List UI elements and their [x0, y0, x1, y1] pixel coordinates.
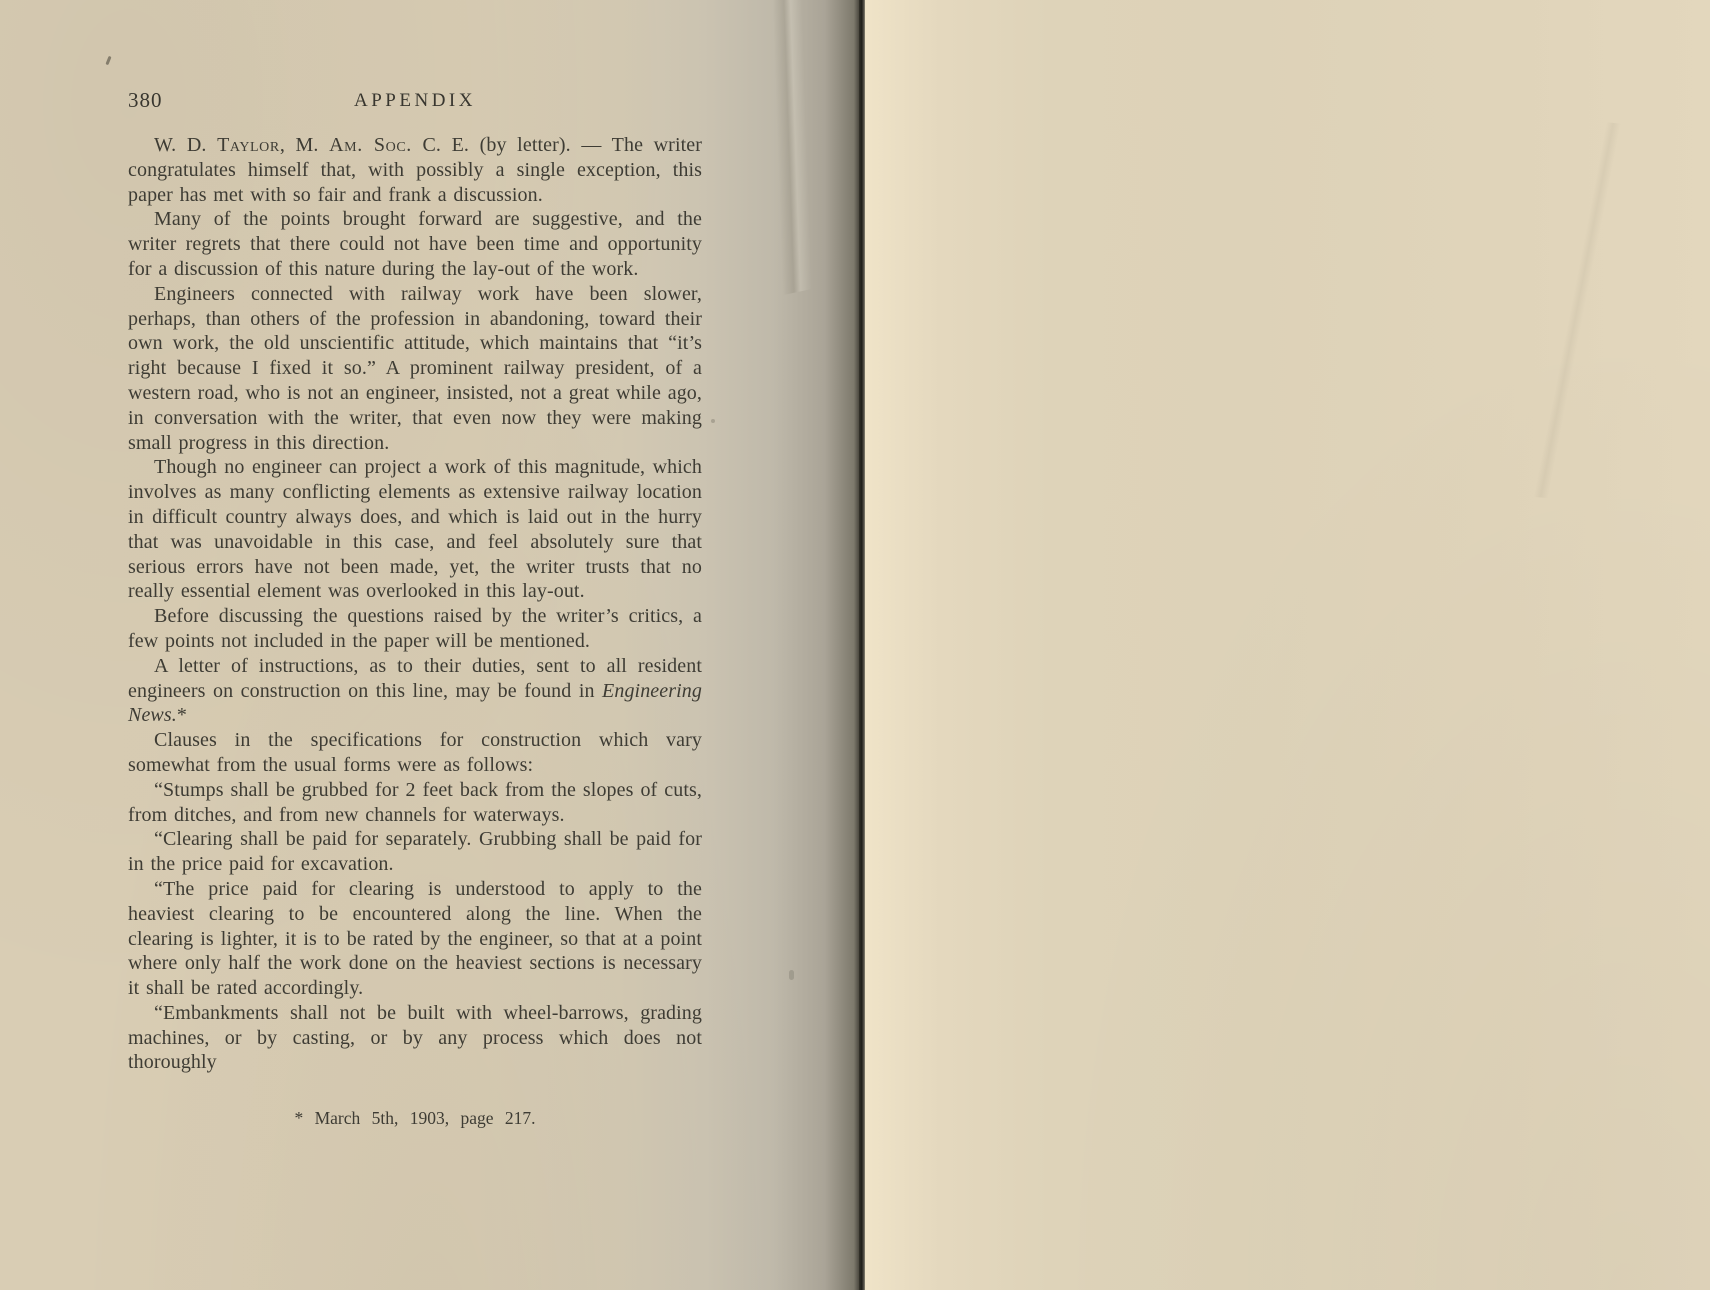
- page-number-left: 380: [128, 88, 163, 113]
- paper-speck: [711, 419, 715, 423]
- text-segment: “Embankments shall not be built with whe…: [128, 1002, 702, 1074]
- text-segment: Clauses in the specifications for constr…: [128, 729, 702, 776]
- text-segment: , M.: [280, 134, 329, 156]
- paragraph: “Stumps shall be grubbed for 2 feet back…: [128, 778, 702, 828]
- page-body-left: W. D. Taylor, M. Am. Soc. C. E. (by lett…: [128, 133, 702, 1075]
- text-segment: Though no engineer can project a work of…: [128, 456, 702, 602]
- text-segment: Am. Soc.: [329, 134, 412, 156]
- text-segment: “Clearing shall be paid for separately. …: [128, 828, 702, 875]
- paragraph: Many of the points brought forward are s…: [128, 207, 702, 281]
- text-segment: Many of the points brought forward are s…: [128, 208, 702, 280]
- paper-speck: [789, 970, 794, 980]
- paragraph: “Clearing shall be paid for separately. …: [128, 827, 702, 877]
- paragraph: “The price paid for clearing is understo…: [128, 877, 702, 1001]
- page-header-left: 380 APPENDIX: [128, 88, 702, 116]
- paragraph: “Embankments shall not be built with whe…: [128, 1001, 702, 1075]
- footnote: * March 5th, 1903, page 217.: [128, 1108, 702, 1129]
- paragraph: Before discussing the questions raised b…: [128, 604, 702, 654]
- book-spread: 380 APPENDIX W. D. Taylor, M. Am. Soc. C…: [0, 0, 1710, 1290]
- text-segment: Taylor: [217, 134, 280, 156]
- paragraph: W. D. Taylor, M. Am. Soc. C. E. (by lett…: [128, 133, 702, 207]
- page-left: 380 APPENDIX W. D. Taylor, M. Am. Soc. C…: [0, 0, 859, 1290]
- page-right: RAILROAD LOCATION 381 pack the material.…: [865, 0, 1710, 1290]
- text-segment: “The price paid for clearing is understo…: [128, 878, 702, 999]
- text-segment: “Stumps shall be grubbed for 2 feet back…: [128, 779, 702, 826]
- paragraph: A letter of instructions, as to their du…: [128, 654, 702, 728]
- text-segment: Engineers connected with railway work ha…: [128, 283, 702, 454]
- text-segment: W. D.: [154, 134, 217, 156]
- paragraph: Engineers connected with railway work ha…: [128, 282, 702, 456]
- text-segment: *: [177, 704, 187, 726]
- paragraph: Clauses in the specifications for constr…: [128, 728, 702, 778]
- running-head-left: APPENDIX: [354, 90, 476, 112]
- paragraph: Though no engineer can project a work of…: [128, 455, 702, 604]
- text-segment: Before discussing the questions raised b…: [128, 605, 702, 652]
